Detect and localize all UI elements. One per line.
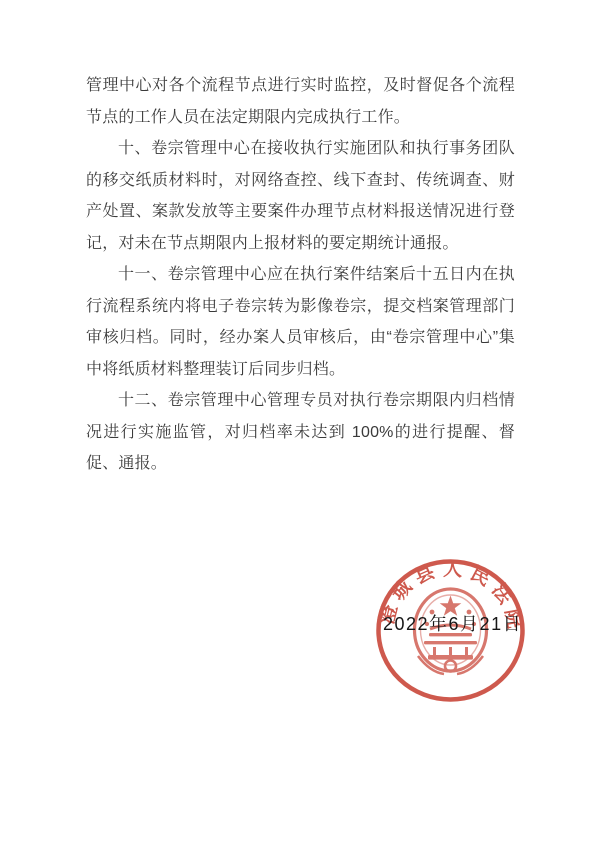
seal-arc-char: 人 bbox=[443, 558, 463, 581]
paragraph: 管理中心对各个流程节点进行实时监控，及时督促各个流程节点的工作人员在法定期限内完… bbox=[86, 70, 515, 133]
seal-arc-char: 城 bbox=[387, 576, 417, 605]
paragraph: 十一、卷宗管理中心应在执行案件结案后十五日内在执行流程系统内将电子卷宗转为影像卷… bbox=[86, 259, 515, 385]
paragraph: 十、卷宗管理中心在接收执行实施团队和执行事务团队的移交纸质材料时，对网络查控、线… bbox=[86, 133, 515, 259]
seal-arc-char: 法 bbox=[487, 579, 517, 609]
paragraph: 十二、卷宗管理中心管理专员对执行卷宗期限内归档情况进行实施监管，对归档率未达到 … bbox=[86, 385, 515, 480]
document-body: 管理中心对各个流程节点进行实时监控，及时督促各个流程节点的工作人员在法定期限内完… bbox=[86, 70, 515, 480]
seal-date: 2022年6月21日 bbox=[383, 613, 522, 635]
document-page: 管理中心对各个流程节点进行实时监控，及时督促各个流程节点的工作人员在法定期限内完… bbox=[0, 0, 600, 849]
seal-arc-char: 民 bbox=[467, 562, 494, 590]
